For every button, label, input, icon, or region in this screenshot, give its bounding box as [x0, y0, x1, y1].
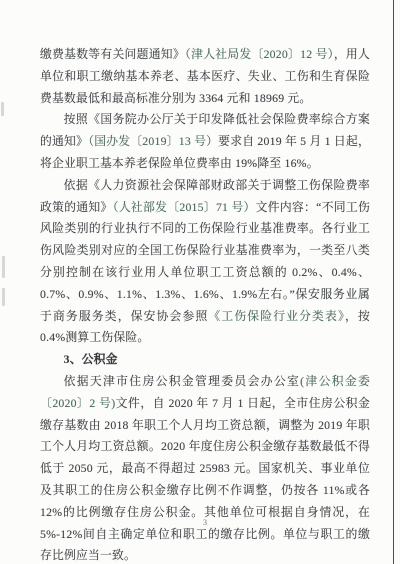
scan-edge-artifact [2, 288, 5, 306]
page-number: 3 [40, 518, 370, 527]
text-run: 依据天津市住房公积金管理委员会办公室 [64, 374, 301, 388]
page-edge-scan-line [393, 0, 395, 564]
paragraph-work-injury-rates: 依据《人力资源社会保障部财政部关于调整工伤保险费率政策的通知》（人社部发〔201… [40, 175, 370, 349]
scanned-document-page: 缴费基数等有关问题通知》（津人社局发〔2020〕12 号），用人单位和职工缴纳基… [0, 0, 400, 564]
citation-ref-classification-table: 《工伤保险行业分类表》 [208, 309, 345, 323]
paragraph-social-insurance-base: 缴费基数等有关问题通知》（津人社局发〔2020〕12 号），用人单位和职工缴纳基… [40, 44, 370, 109]
text-run: 文件内容：“不同工伤风险类别的行业执行不同的工伤保险行业基准费率。各行业工伤风险… [40, 200, 370, 323]
scan-edge-artifact [1, 102, 4, 116]
text-run: 缴费基数等有关问题通知》 [40, 47, 185, 61]
citation-ref-doc-number: （津人社局发〔2020〕12 号） [185, 47, 334, 61]
citation-ref-doc-number: （人社部发〔2015〕71 号） [113, 200, 256, 214]
section-heading-housing-fund: 3、公积金 [40, 349, 370, 371]
citation-ref-doc-number: （国办发〔2019〕13 号） [88, 134, 218, 148]
paragraph-pension-rate-reduction: 按照《国务院办公厅关于印发降低社会保险费率综合方案的通知》（国办发〔2019〕1… [40, 109, 370, 174]
document-body: 缴费基数等有关问题通知》（津人社局发〔2020〕12 号），用人单位和职工缴纳基… [40, 44, 370, 564]
text-run: 文件，自 2020 年 7 月 1 日起，全市住房公积金缴存基数由 2018 年… [40, 396, 370, 563]
scan-edge-artifact [2, 256, 5, 278]
paragraph-housing-fund-details: 依据天津市住房公积金管理委员会办公室(津公积金委〔2020〕2 号)文件，自 2… [40, 371, 370, 564]
